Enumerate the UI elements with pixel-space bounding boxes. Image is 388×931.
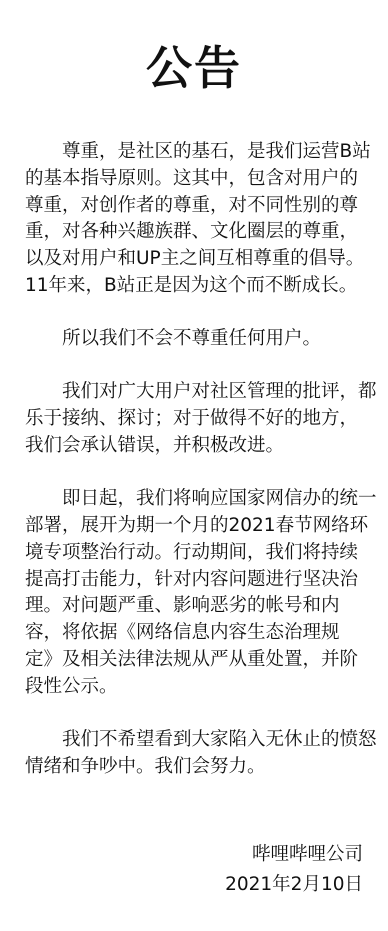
paragraph-respect: 尊重，是社区的基石，是我们运营B站 的基本指导原则。这其中，包含对用户的 尊重，… — [25, 139, 365, 300]
text-line: 以及对用户和UP主之间互相尊重的倡导。 — [25, 246, 365, 273]
company-name: 哔哩哔哩公司 — [225, 840, 363, 870]
announcement-body: 尊重，是社区的基石，是我们运营B站 的基本指导原则。这其中，包含对用户的 尊重，… — [25, 139, 365, 807]
text-line: 部署，展开为期一个月的2021春节网络环 — [25, 513, 365, 540]
text-line: 我们不希望看到大家陷入无休止的愤怒 — [25, 727, 365, 754]
text-line: 情绪和争吵中。我们会努力。 — [25, 754, 365, 781]
text-line: 理。对问题严重、影响恶劣的帐号和内 — [25, 593, 365, 620]
text-line: 乐于接纳、探讨；对于做得不好的地方， — [25, 406, 365, 433]
text-line: 即日起，我们将响应国家网信办的统一 — [25, 486, 365, 513]
paragraph-closing: 我们不希望看到大家陷入无休止的愤怒 情绪和争吵中。我们会努力。 — [25, 727, 365, 781]
date: 2021年2月10日 — [225, 870, 363, 900]
page-title: 公告 — [0, 40, 388, 96]
text-line: 重，对各种兴趣族群、文化圈层的尊重， — [25, 219, 365, 246]
text-line: 容，将依据《网络信息内容生态治理规 — [25, 620, 365, 647]
signature-block: 哔哩哔哩公司 2021年2月10日 — [225, 840, 363, 900]
paragraph-criticism: 我们对广大用户对社区管理的批评，都 乐于接纳、探讨；对于做得不好的地方， 我们会… — [25, 379, 365, 459]
text-line: 11年来，B站正是因为这个而不断成长。 — [25, 273, 365, 300]
text-line: 尊重，对创作者的尊重，对不同性别的尊 — [25, 193, 365, 220]
text-line: 尊重，是社区的基石，是我们运营B站 — [25, 139, 365, 166]
text-line: 段性公示。 — [25, 674, 365, 701]
text-line: 我们对广大用户对社区管理的批评，都 — [25, 379, 365, 406]
paragraph-no-disrespect: 所以我们不会不尊重任何用户。 — [25, 326, 365, 353]
text-line: 的基本指导原则。这其中，包含对用户的 — [25, 166, 365, 193]
text-line: 所以我们不会不尊重任何用户。 — [25, 326, 365, 353]
text-line: 境专项整治行动。行动期间，我们将持续 — [25, 540, 365, 567]
text-line: 提高打击能力，针对内容问题进行坚决治 — [25, 567, 365, 594]
text-line: 我们会承认错误，并积极改进。 — [25, 433, 365, 460]
paragraph-campaign: 即日起，我们将响应国家网信办的统一 部署，展开为期一个月的2021春节网络环 境… — [25, 486, 365, 700]
text-line: 定》及相关法律法规从严从重处置，并阶 — [25, 647, 365, 674]
